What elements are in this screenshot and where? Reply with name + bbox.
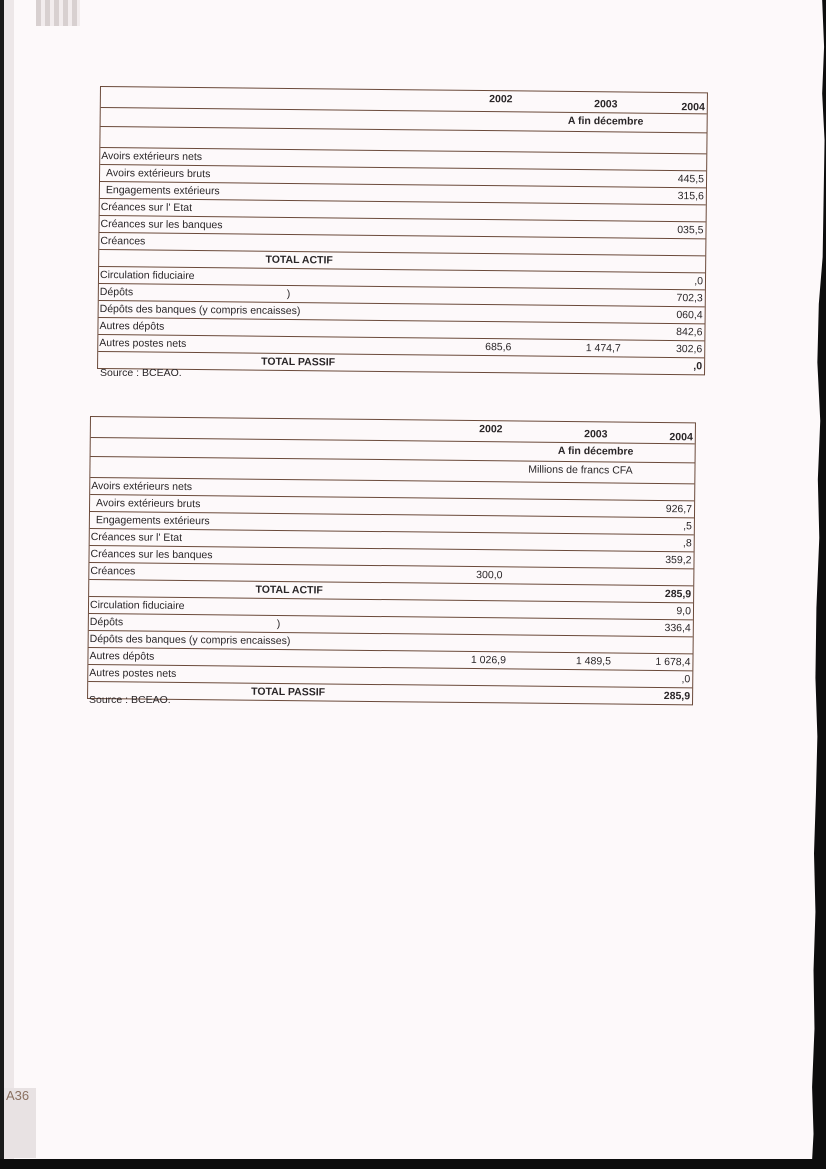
cell-2004: ,0 — [642, 358, 702, 375]
cell-2002: 300,0 — [459, 567, 519, 584]
row-label: Dépôts — [90, 614, 123, 630]
cell-2002 — [470, 186, 530, 187]
cell-2003 — [555, 204, 655, 205]
cell-2003 — [544, 568, 644, 569]
unit-label — [501, 131, 681, 133]
cell-2004: 445,5 — [644, 171, 704, 188]
period-header: A fin décembre — [511, 442, 681, 460]
unit-label: Millions de francs CFA — [490, 461, 670, 479]
cell-2004 — [644, 154, 704, 155]
cell-2002 — [460, 533, 520, 534]
cell-2002 — [470, 152, 530, 153]
cell-2002 — [470, 220, 530, 221]
torn-page-edge — [778, 0, 826, 1169]
row-label: Avoirs extérieurs nets — [91, 478, 192, 495]
cell-2003 — [543, 687, 643, 688]
row-label: Dépôts — [100, 284, 133, 300]
cell-2003 — [554, 306, 654, 307]
period-header: A fin décembre — [521, 112, 691, 130]
binding-marks — [36, 0, 80, 26]
row-label: Autres dépôts — [99, 318, 164, 335]
cell-2002: 685,6 — [468, 339, 528, 356]
cell-2002 — [469, 305, 529, 306]
cell-2004: 060,4 — [643, 307, 703, 324]
cell-2002: 1 026,9 — [458, 652, 518, 669]
cell-2003 — [554, 272, 654, 273]
cell-2003 — [555, 187, 655, 188]
scan-bottom-edge — [0, 1159, 826, 1169]
cell-2002 — [460, 482, 520, 483]
cell-2004: 336,4 — [631, 620, 691, 637]
cell-2004: 035,5 — [643, 222, 703, 239]
cell-2003 — [545, 517, 645, 518]
row-label: Avoirs extérieurs bruts — [106, 165, 210, 182]
cell-2004: 315,6 — [644, 188, 704, 205]
cell-2004: ,0 — [643, 273, 703, 290]
cell-2003 — [554, 289, 654, 290]
cell-2003 — [554, 255, 654, 256]
cell-2003 — [555, 170, 655, 171]
cell-2004: 702,3 — [643, 290, 703, 307]
cell-2004: 926,7 — [632, 501, 692, 518]
table-body: Avoirs extérieurs netsAvoirs extérieurs … — [98, 147, 706, 375]
cell-2002 — [460, 516, 520, 517]
row-label: Créances — [100, 233, 145, 249]
row-label: Autres postes nets — [99, 335, 186, 352]
cell-2002 — [469, 322, 529, 323]
cell-2004 — [631, 569, 691, 570]
page-number: A36 — [4, 1088, 36, 1158]
row-paren: ) — [287, 286, 291, 302]
cell-2002 — [469, 288, 529, 289]
cell-2004: 9,0 — [631, 603, 691, 620]
cell-2003 — [543, 670, 643, 671]
cell-2003 — [545, 483, 645, 484]
cell-2004: 842,6 — [642, 324, 702, 341]
cell-2002 — [469, 237, 529, 238]
cell-2004 — [631, 637, 691, 638]
cell-2002 — [459, 635, 519, 636]
cell-2004: ,5 — [632, 518, 692, 535]
source-note-2: Source : BCEAO. — [89, 694, 171, 706]
cell-2003 — [545, 500, 645, 501]
cell-2004: 285,9 — [630, 688, 690, 705]
row-label: Autres postes nets — [89, 665, 176, 682]
cell-2004: 359,2 — [631, 552, 691, 569]
row-label: Créances — [90, 563, 135, 579]
row-paren: ) — [277, 616, 281, 632]
cell-2003: 1 474,7 — [553, 340, 653, 357]
cell-2003 — [544, 619, 644, 620]
cell-2003 — [545, 551, 645, 552]
cell-2002 — [459, 601, 519, 602]
cell-2002 — [459, 618, 519, 619]
table-body: Avoirs extérieurs netsAvoirs extérieurs … — [88, 477, 694, 705]
year-2003: 2003 — [546, 426, 646, 443]
cell-2002 — [460, 550, 520, 551]
cell-2004 — [643, 239, 703, 240]
year-2003: 2003 — [556, 96, 656, 113]
row-label: Engagements extérieurs — [96, 512, 210, 529]
cell-2003 — [555, 153, 655, 154]
row-label: Avoirs extérieurs nets — [101, 148, 202, 165]
cell-2004: 1 678,4 — [630, 654, 690, 671]
cell-2003 — [544, 602, 644, 603]
cell-2002 — [458, 669, 518, 670]
cell-2002 — [469, 271, 529, 272]
row-label: Autres dépôts — [89, 648, 154, 665]
row-label: Créances sur l' Etat — [101, 199, 192, 216]
balance-table-2: 2002 2003 2004 A fin décembre Millions d… — [87, 416, 696, 705]
cell-2003 — [554, 238, 654, 239]
cell-2004 — [644, 205, 704, 206]
cell-2003 — [545, 534, 645, 535]
cell-2002 — [460, 499, 520, 500]
row-label: Engagements extérieurs — [106, 182, 220, 199]
scan-left-edge — [0, 0, 14, 1169]
year-2002: 2002 — [461, 421, 521, 438]
cell-2004: ,0 — [630, 671, 690, 688]
cell-2004 — [643, 256, 703, 257]
cell-2003 — [555, 221, 655, 222]
row-label: Circulation fiduciaire — [90, 597, 185, 614]
cell-2002 — [470, 203, 530, 204]
cell-2004: 285,9 — [631, 586, 691, 603]
balance-table-1: 2002 2003 2004 A fin décembre Avoirs ext… — [97, 86, 708, 375]
row-label: Circulation fiduciaire — [100, 267, 195, 284]
cell-2002 — [470, 169, 530, 170]
cell-2003 — [553, 357, 653, 358]
cell-2003 — [554, 323, 654, 324]
cell-2003: 1 489,5 — [543, 653, 643, 670]
row-label: Créances sur l' Etat — [91, 529, 182, 546]
source-note-1: Source : BCEAO. — [100, 367, 182, 379]
cell-2003 — [544, 585, 644, 586]
row-label: Créances sur les banques — [90, 546, 212, 563]
cell-2004: ,8 — [632, 535, 692, 552]
cell-2004: 302,6 — [642, 341, 702, 358]
row-label: Avoirs extérieurs bruts — [96, 495, 200, 512]
cell-2004 — [632, 484, 692, 485]
year-2002: 2002 — [471, 91, 531, 108]
cell-2003 — [544, 636, 644, 637]
row-label: Créances sur les banques — [100, 216, 222, 233]
